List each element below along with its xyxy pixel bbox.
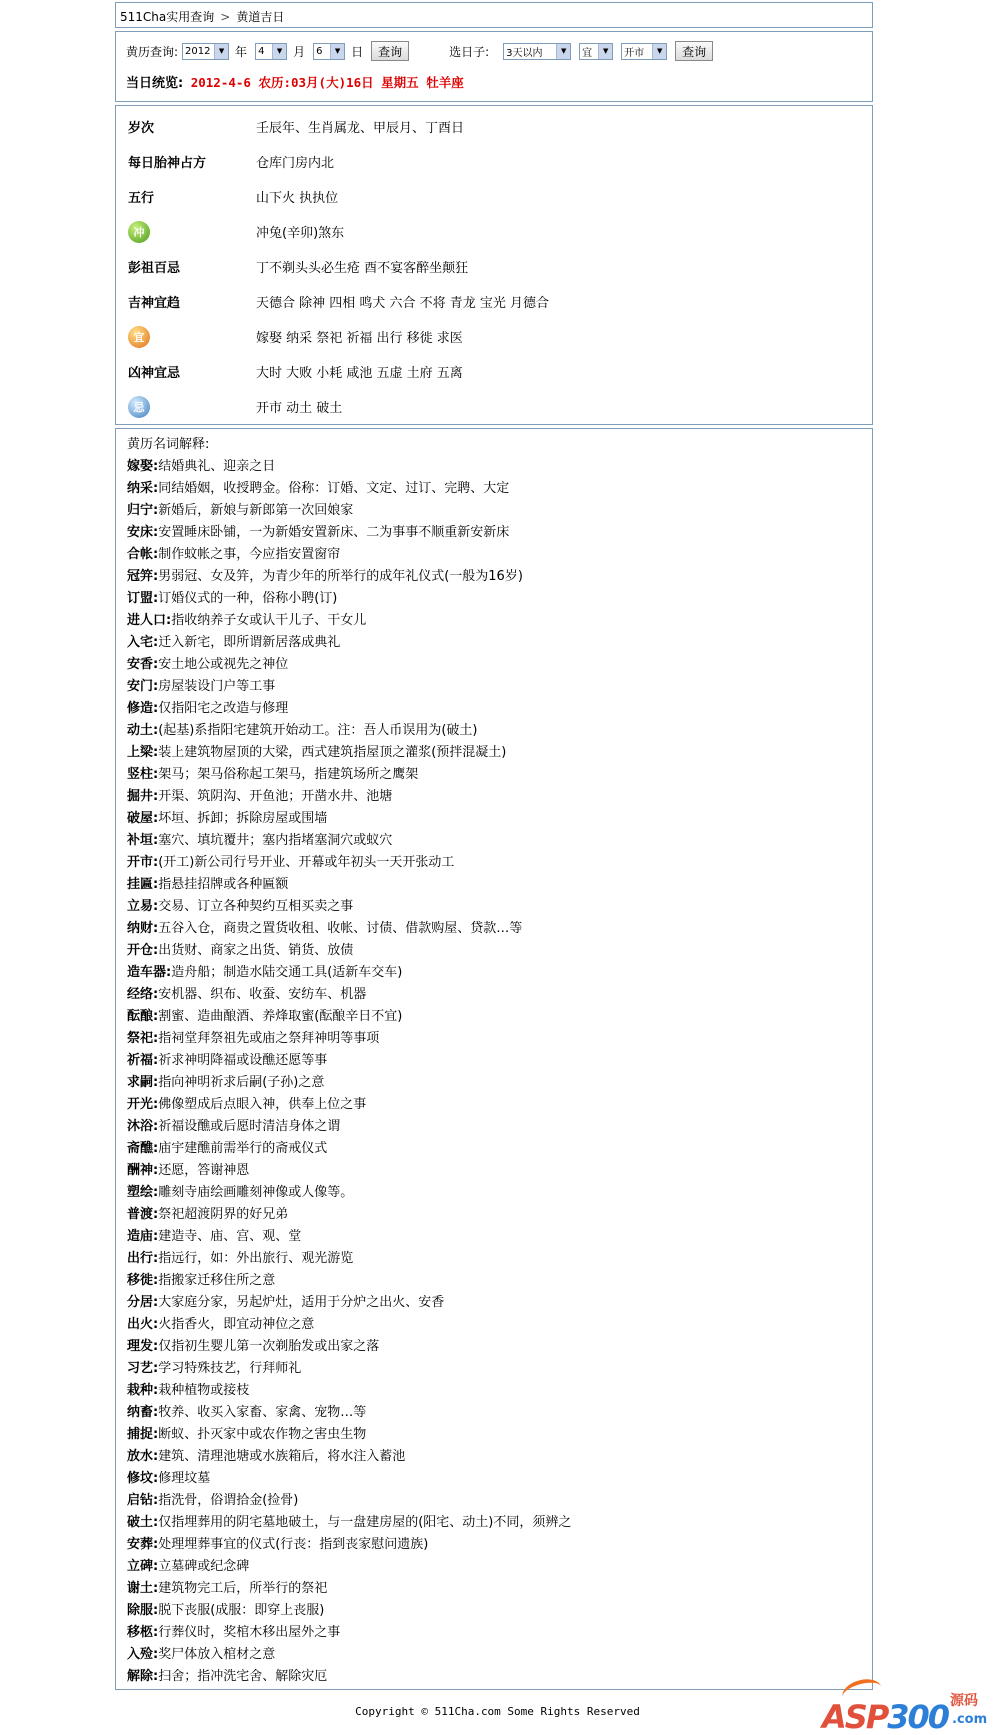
glossary-term: 捕捉:: [127, 1427, 158, 1442]
glossary-panel: 黄历名词解释: 嫁娶:结婚典礼、迎亲之日纳采:同结婚姻，收授聘金。俗称：订婚、文…: [115, 428, 873, 1690]
glossary-item: 破土:仅指埋葬用的阴宅墓地破土，与一盘建房屋的(阳宅、动土)不同，须辨之: [127, 1512, 861, 1534]
glossary-definition: 安土地公或视先之神位: [158, 657, 288, 672]
glossary-item: 习艺:学习特殊技艺，行拜师礼: [127, 1358, 861, 1380]
glossary-term: 修造:: [127, 701, 158, 716]
glossary-term: 解除:: [127, 1669, 158, 1684]
glossary-term: 经络:: [127, 987, 158, 1002]
info-key: 凶神宜忌: [128, 362, 256, 381]
month-unit: 月: [293, 43, 305, 60]
glossary-term: 谢土:: [127, 1581, 158, 1596]
glossary-item: 上梁:装上建筑物屋顶的大梁，西式建筑指屋顶之灌浆(预拌混凝土): [127, 742, 861, 764]
glossary-term: 开光:: [127, 1097, 158, 1112]
glossary-definition: 指远行，如：外出旅行、观光游览: [158, 1251, 353, 1266]
day-info-panel: 岁次壬辰年、生肖属龙、甲辰月、丁酉日 每日胎神占方仓库门房内北 五行山下火 执执…: [115, 105, 873, 425]
glossary-term: 习艺:: [127, 1361, 158, 1376]
glossary-definition: 新婚后，新娘与新郎第一次回娘家: [158, 503, 353, 518]
glossary-item: 除服:脱下丧服(成服：即穿上丧服): [127, 1600, 861, 1622]
chevron-down-icon: ▼: [272, 44, 286, 59]
glossary-term: 酝酿:: [127, 1009, 158, 1024]
range-value: 3天以内: [504, 44, 556, 59]
glossary-item: 造车器:造舟船；制造水陆交通工具(适新车交车): [127, 962, 861, 984]
glossary-definition: 指向神明祈求后嗣(子孙)之意: [158, 1075, 324, 1090]
year-unit: 年: [235, 43, 247, 60]
glossary-item: 出火:火指香火，即宜动神位之意: [127, 1314, 861, 1336]
glossary-definition: 开渠、筑阴沟、开鱼池；开凿水井、池塘: [158, 789, 392, 804]
info-value: 天德合 除神 四相 鸣犬 六合 不将 青龙 宝光 月德合: [256, 292, 549, 311]
yi-icon: 宜: [128, 326, 150, 348]
glossary-definition: 架马；架马俗称起工架马，指建筑场所之鹰架: [158, 767, 418, 782]
glossary-item: 进人口:指收纳养子女或认干儿子、干女儿: [127, 610, 861, 632]
yiji-value: 宜: [580, 44, 598, 59]
glossary-definition: (开工)新公司行号开业、开幕或年初头一天开张动工: [158, 855, 454, 870]
day-summary: 当日统览: 2012-4-6 农历:03月(大)16日 星期五 牡羊座: [126, 72, 862, 91]
day-unit: 日: [351, 43, 363, 60]
info-key: 冲: [128, 221, 256, 243]
info-row: 岁次壬辰年、生肖属龙、甲辰月、丁酉日: [128, 109, 860, 144]
glossary-definition: 房屋装设门户等工事: [158, 679, 275, 694]
glossary-item: 栽种:栽种植物或接枝: [127, 1380, 861, 1402]
info-key: 五行: [128, 187, 256, 206]
info-value: 山下火 执执位: [256, 187, 338, 206]
glossary-term: 放水:: [127, 1449, 158, 1464]
glossary-term: 入宅:: [127, 635, 158, 650]
glossary-definition: 雕刻寺庙绘画雕刻神像或人像等。: [158, 1185, 353, 1200]
glossary-item: 出行:指远行，如：外出旅行、观光游览: [127, 1248, 861, 1270]
info-row: 宜嫁娶 纳采 祭祀 祈福 出行 移徙 求医: [128, 319, 860, 354]
glossary-term: 出火:: [127, 1317, 158, 1332]
glossary-item: 移柩:行葬仪时，奖棺木移出屋外之事: [127, 1622, 861, 1644]
glossary-definition: 安置睡床卧铺，一为新婚安置新床、二为事事不顺重新安新床: [158, 525, 509, 540]
glossary-definition: 指悬挂招牌或各种匾额: [158, 877, 288, 892]
glossary-definition: 出货财、商家之出货、销货、放债: [158, 943, 353, 958]
almanac-query-label: 黄历查询:: [126, 43, 178, 60]
info-row: 凶神宜忌大时 大败 小耗 咸池 五虚 土府 五离: [128, 354, 860, 389]
glossary-item: 捕捉:断蚁、扑灭家中或农作物之害虫生物: [127, 1424, 861, 1446]
glossary-term: 纳财:: [127, 921, 158, 936]
glossary-term: 造庙:: [127, 1229, 158, 1244]
glossary-definition: 造舟船；制造水陆交通工具(适新车交车): [171, 965, 402, 980]
glossary-item: 安香:安土地公或视先之神位: [127, 654, 861, 676]
glossary-term: 破土:: [127, 1515, 158, 1530]
glossary-term: 纳采:: [127, 481, 158, 496]
glossary-definition: 装上建筑物屋顶的大梁，西式建筑指屋顶之灌浆(预拌混凝土): [158, 745, 506, 760]
info-value: 仓库门房内北: [256, 152, 334, 171]
info-row: 吉神宜趋天德合 除神 四相 鸣犬 六合 不将 青龙 宝光 月德合: [128, 284, 860, 319]
breadcrumb-separator: >: [220, 10, 230, 24]
glossary-term: 酬神:: [127, 1163, 158, 1178]
glossary-definition: 割蜜、造曲酿酒、养烽取蜜(酝酿辛日不宜): [158, 1009, 402, 1024]
glossary-item: 入宅:迁入新宅，即所谓新居落成典礼: [127, 632, 861, 654]
chevron-down-icon: ▼: [652, 44, 666, 59]
info-value: 壬辰年、生肖属龙、甲辰月、丁酉日: [256, 117, 464, 136]
pick-day-query-button[interactable]: 查询: [675, 41, 713, 61]
glossary-term: 动土:: [127, 723, 158, 738]
glossary-definition: 奖尸体放入棺材之意: [158, 1647, 275, 1662]
glossary-term: 祈福:: [127, 1053, 158, 1068]
glossary-definition: 牧养、收买入家畜、家禽、宠物…等: [158, 1405, 366, 1420]
month-value: 4: [256, 46, 272, 57]
glossary-definition: 建筑、清理池塘或水族箱后，将水注入蓄池: [158, 1449, 405, 1464]
chong-icon: 冲: [128, 221, 150, 243]
glossary-definition: 还愿，答谢神恩: [158, 1163, 249, 1178]
glossary-item: 入殓:奖尸体放入棺材之意: [127, 1644, 861, 1666]
glossary-item: 立易:交易、订立各种契约互相买卖之事: [127, 896, 861, 918]
glossary-definition: 佛像塑成后点眼入神，供奉上位之事: [158, 1097, 366, 1112]
glossary-item: 斋醮:庙宇建醮前需举行的斋戒仪式: [127, 1138, 861, 1160]
glossary-term: 安葬:: [127, 1537, 158, 1552]
glossary-term: 挂匾:: [127, 877, 158, 892]
glossary-item: 祈福:祈求神明降福或设醮还愿等事: [127, 1050, 861, 1072]
info-value: 嫁娶 纳采 祭祀 祈福 出行 移徙 求医: [256, 327, 463, 346]
glossary-item: 安门:房屋装设门户等工事: [127, 676, 861, 698]
glossary-definition: 祈求神明降福或设醮还愿等事: [158, 1053, 327, 1068]
glossary-term: 斋醮:: [127, 1141, 158, 1156]
glossary-definition: 火指香火，即宜动神位之意: [158, 1317, 314, 1332]
glossary-item: 酝酿:割蜜、造曲酿酒、养烽取蜜(酝酿辛日不宜): [127, 1006, 861, 1028]
glossary-term: 纳畜:: [127, 1405, 158, 1420]
glossary-term: 造车器:: [127, 965, 171, 980]
ji-icon: 忌: [128, 396, 150, 418]
info-value: 冲兔(辛卯)煞东: [256, 222, 344, 241]
glossary-definition: 指收纳养子女或认干儿子、干女儿: [171, 613, 366, 628]
glossary-definition: 庙宇建醮前需举行的斋戒仪式: [158, 1141, 327, 1156]
glossary-term: 出行:: [127, 1251, 158, 1266]
glossary-term: 除服:: [127, 1603, 158, 1618]
glossary-item: 谢土:建筑物完工后，所举行的祭祀: [127, 1578, 861, 1600]
asp300-watermark-logo: ASP300 源码 .com: [822, 1680, 992, 1735]
glossary-item: 挂匾:指悬挂招牌或各种匾额: [127, 874, 861, 896]
glossary-term: 立碑:: [127, 1559, 158, 1574]
glossary-definition: 建造寺、庙、宫、观、堂: [158, 1229, 301, 1244]
glossary-term: 移徙:: [127, 1273, 158, 1288]
query-button[interactable]: 查询: [371, 41, 409, 61]
glossary-item: 造庙:建造寺、庙、宫、观、堂: [127, 1226, 861, 1248]
year-value: 2012: [183, 46, 214, 57]
breadcrumb-site-link[interactable]: 511Cha实用查询: [120, 10, 214, 24]
event-select[interactable]: 开市▼: [621, 43, 667, 60]
glossary-term: 入殓:: [127, 1647, 158, 1662]
glossary-definition: 仅指初生婴儿第一次剃胎发或出家之落: [158, 1339, 379, 1354]
glossary-term: 竖柱:: [127, 767, 158, 782]
glossary-definition: 学习特殊技艺，行拜师礼: [158, 1361, 301, 1376]
glossary-term: 启钻:: [127, 1493, 158, 1508]
glossary-definition: 扫舍；指冲洗宅舍、解除灾厄: [158, 1669, 327, 1684]
glossary-item: 掘井:开渠、筑阴沟、开鱼池；开凿水井、池塘: [127, 786, 861, 808]
glossary-item: 经络:安机器、织布、收蚕、安纺车、机器: [127, 984, 861, 1006]
glossary-definition: (起基)系指阳宅建筑开始动工。注：吾人币误用为(破土): [158, 723, 477, 738]
info-row: 彭祖百忌丁不剃头头必生疮 酉不宴客醉坐颠狂: [128, 249, 860, 284]
summary-label: 当日统览:: [126, 76, 183, 91]
glossary-definition: 订婚仪式的一种，俗称小聘(订): [158, 591, 337, 606]
glossary-definition: 指洗骨，俗谓拾金(捡骨): [158, 1493, 298, 1508]
chevron-down-icon: ▼: [214, 44, 228, 59]
glossary-definition: 仅指埋葬用的阴宅墓地破土，与一盘建房屋的(阳宅、动土)不同，须辨之: [158, 1515, 571, 1530]
glossary-item: 冠笄:男弱冠、女及笄，为青少年的所举行的成年礼仪式(一般为16岁): [127, 566, 861, 588]
logo-300: 300: [887, 1698, 948, 1735]
glossary-item: 开光:佛像塑成后点眼入神，供奉上位之事: [127, 1094, 861, 1116]
glossary-definition: 仅指阳宅之改造与修理: [158, 701, 288, 716]
glossary-definition: 交易、订立各种契约互相买卖之事: [158, 899, 353, 914]
pick-day-label: 选日子:: [449, 43, 489, 60]
glossary-definition: 塞穴、填坑覆井；塞内指堵塞洞穴或蚁穴: [158, 833, 392, 848]
breadcrumb: 511Cha实用查询>黄道吉日: [115, 2, 873, 28]
glossary-item: 修造:仅指阳宅之改造与修理: [127, 698, 861, 720]
logo-text: ASP300: [822, 1698, 948, 1735]
info-row: 冲冲兔(辛卯)煞东: [128, 214, 860, 249]
glossary-term: 开仓:: [127, 943, 158, 958]
glossary-item: 求嗣:指向神明祈求后嗣(子孙)之意: [127, 1072, 861, 1094]
info-row: 五行山下火 执执位: [128, 179, 860, 214]
glossary-term: 嫁娶:: [127, 459, 158, 474]
query-panel: 黄历查询: 2012▼ 年 4▼ 月 6▼ 日 查询 选日子: 3天以内▼ 宜▼…: [115, 31, 873, 102]
glossary-definition: 祈福设醮或后愿时清洁身体之谓: [158, 1119, 340, 1134]
glossary-definition: 祭祀超渡阴界的好兄弟: [158, 1207, 288, 1222]
logo-yuanma: 源码: [950, 1690, 978, 1710]
glossary-item: 破屋:坏垣、拆卸；拆除房屋或围墙: [127, 808, 861, 830]
logo-com: .com: [952, 1712, 987, 1727]
glossary-term: 合帐:: [127, 547, 158, 562]
glossary-definition: 脱下丧服(成服：即穿上丧服): [158, 1603, 324, 1618]
glossary-item: 纳畜:牧养、收买入家畜、家禽、宠物…等: [127, 1402, 861, 1424]
glossary-item: 理发:仅指初生婴儿第一次剃胎发或出家之落: [127, 1336, 861, 1358]
info-key: 忌: [128, 396, 256, 418]
glossary-item: 解除:扫舍；指冲洗宅舍、解除灾厄: [127, 1666, 861, 1688]
glossary-term: 订盟:: [127, 591, 158, 606]
glossary-item: 分居:大家庭分家，另起炉灶，适用于分炉之出火、安香: [127, 1292, 861, 1314]
glossary-term: 安床:: [127, 525, 158, 540]
glossary-term: 理发:: [127, 1339, 158, 1354]
glossary-term: 开市:: [127, 855, 158, 870]
glossary-item: 竖柱:架马；架马俗称起工架马，指建筑场所之鹰架: [127, 764, 861, 786]
glossary-item: 酬神:还愿，答谢神恩: [127, 1160, 861, 1182]
glossary-definition: 五谷入仓，商贵之置货收租、收帐、讨债、借款购屋、贷款…等: [158, 921, 522, 936]
yiji-select[interactable]: 宜▼: [579, 43, 613, 60]
glossary-item: 立碑:立墓碑或纪念碑: [127, 1556, 861, 1578]
info-value: 开市 动土 破土: [256, 397, 342, 416]
glossary-term: 安香:: [127, 657, 158, 672]
glossary-term: 破屋:: [127, 811, 158, 826]
glossary-item: 归宁:新婚后，新娘与新郎第一次回娘家: [127, 500, 861, 522]
glossary-definition: 坏垣、拆卸；拆除房屋或围墙: [158, 811, 327, 826]
glossary-definition: 立墓碑或纪念碑: [158, 1559, 249, 1574]
glossary-definition: 指祠堂拜祭祖先或庙之祭拜神明等事项: [158, 1031, 379, 1046]
glossary-term: 塑绘:: [127, 1185, 158, 1200]
glossary-item: 补垣:塞穴、填坑覆井；塞内指堵塞洞穴或蚁穴: [127, 830, 861, 852]
glossary-definition: 制作蚊帐之事，今应指安置窗帘: [158, 547, 340, 562]
glossary-title: 黄历名词解释:: [127, 434, 861, 456]
glossary-term: 冠笄:: [127, 569, 158, 584]
glossary-definition: 行葬仪时，奖棺木移出屋外之事: [158, 1625, 340, 1640]
glossary-definition: 建筑物完工后，所举行的祭祀: [158, 1581, 327, 1596]
glossary-item: 启钻:指洗骨，俗谓拾金(捡骨): [127, 1490, 861, 1512]
glossary-list: 嫁娶:结婚典礼、迎亲之日纳采:同结婚姻，收授聘金。俗称：订婚、文定、过订、完聘、…: [127, 456, 861, 1688]
glossary-definition: 修理坟墓: [158, 1471, 210, 1486]
year-select[interactable]: 2012▼: [182, 43, 229, 60]
info-row: 忌开市 动土 破土: [128, 389, 860, 424]
glossary-item: 动土:(起基)系指阳宅建筑开始动工。注：吾人币误用为(破土): [127, 720, 861, 742]
glossary-definition: 栽种植物或接枝: [158, 1383, 249, 1398]
event-value: 开市: [622, 44, 652, 59]
glossary-term: 上梁:: [127, 745, 158, 760]
glossary-item: 安葬:处理埋葬事宜的仪式(行丧：指到丧家慰问遗族): [127, 1534, 861, 1556]
chevron-down-icon: ▼: [556, 44, 570, 59]
info-key: 每日胎神占方: [128, 152, 256, 171]
glossary-term: 普渡:: [127, 1207, 158, 1222]
query-row: 黄历查询: 2012▼ 年 4▼ 月 6▼ 日 查询 选日子: 3天以内▼ 宜▼…: [126, 40, 862, 62]
glossary-definition: 迁入新宅，即所谓新居落成典礼: [158, 635, 340, 650]
glossary-definition: 安机器、织布、收蚕、安纺车、机器: [158, 987, 366, 1002]
glossary-item: 修坟:修理坟墓: [127, 1468, 861, 1490]
glossary-term: 立易:: [127, 899, 158, 914]
glossary-item: 开仓:出货财、商家之出货、销货、放债: [127, 940, 861, 962]
glossary-term: 补垣:: [127, 833, 158, 848]
breadcrumb-current: 黄道吉日: [236, 10, 284, 24]
info-value: 丁不剃头头必生疮 酉不宴客醉坐颠狂: [256, 257, 468, 276]
glossary-item: 移徙:指搬家迁移住所之意: [127, 1270, 861, 1292]
glossary-item: 放水:建筑、清理池塘或水族箱后，将水注入蓄池: [127, 1446, 861, 1468]
day-select[interactable]: 6▼: [313, 43, 345, 60]
glossary-term: 移柩:: [127, 1625, 158, 1640]
glossary-term: 沐浴:: [127, 1119, 158, 1134]
glossary-item: 普渡:祭祀超渡阴界的好兄弟: [127, 1204, 861, 1226]
glossary-definition: 处理埋葬事宜的仪式(行丧：指到丧家慰问遗族): [158, 1537, 428, 1552]
glossary-item: 嫁娶:结婚典礼、迎亲之日: [127, 456, 861, 478]
glossary-item: 合帐:制作蚊帐之事，今应指安置窗帘: [127, 544, 861, 566]
chevron-down-icon: ▼: [598, 44, 612, 59]
glossary-item: 纳财:五谷入仓，商贵之置货收租、收帐、讨债、借款购屋、贷款…等: [127, 918, 861, 940]
glossary-item: 订盟:订婚仪式的一种，俗称小聘(订): [127, 588, 861, 610]
day-value: 6: [314, 46, 330, 57]
info-row: 每日胎神占方仓库门房内北: [128, 144, 860, 179]
glossary-definition: 大家庭分家，另起炉灶，适用于分炉之出火、安香: [158, 1295, 444, 1310]
chevron-down-icon: ▼: [330, 44, 344, 59]
info-key: 宜: [128, 326, 256, 348]
glossary-item: 塑绘:雕刻寺庙绘画雕刻神像或人像等。: [127, 1182, 861, 1204]
glossary-term: 栽种:: [127, 1383, 158, 1398]
range-select[interactable]: 3天以内▼: [503, 43, 571, 60]
glossary-definition: 指搬家迁移住所之意: [158, 1273, 275, 1288]
logo-asp: ASP: [822, 1698, 887, 1735]
summary-value: 2012-4-6 农历:03月(大)16日 星期五 牡羊座: [191, 75, 464, 90]
info-key: 彭祖百忌: [128, 257, 256, 276]
glossary-definition: 结婚典礼、迎亲之日: [158, 459, 275, 474]
glossary-term: 祭祀:: [127, 1031, 158, 1046]
glossary-term: 掘井:: [127, 789, 158, 804]
month-select[interactable]: 4▼: [255, 43, 287, 60]
glossary-item: 安床:安置睡床卧铺，一为新婚安置新床、二为事事不顺重新安新床: [127, 522, 861, 544]
glossary-definition: 断蚁、扑灭家中或农作物之害虫生物: [158, 1427, 366, 1442]
info-value: 大时 大败 小耗 咸池 五虚 土府 五离: [256, 362, 463, 381]
glossary-term: 归宁:: [127, 503, 158, 518]
glossary-item: 祭祀:指祠堂拜祭祖先或庙之祭拜神明等事项: [127, 1028, 861, 1050]
glossary-term: 安门:: [127, 679, 158, 694]
glossary-term: 求嗣:: [127, 1075, 158, 1090]
glossary-item: 沐浴:祈福设醮或后愿时清洁身体之谓: [127, 1116, 861, 1138]
glossary-term: 进人口:: [127, 613, 171, 628]
info-key: 岁次: [128, 117, 256, 136]
glossary-definition: 男弱冠、女及笄，为青少年的所举行的成年礼仪式(一般为16岁): [158, 569, 523, 584]
glossary-item: 纳采:同结婚姻，收授聘金。俗称：订婚、文定、过订、完聘、大定: [127, 478, 861, 500]
glossary-term: 分居:: [127, 1295, 158, 1310]
glossary-definition: 同结婚姻，收授聘金。俗称：订婚、文定、过订、完聘、大定: [158, 481, 509, 496]
glossary-term: 修坟:: [127, 1471, 158, 1486]
glossary-item: 开市:(开工)新公司行号开业、开幕或年初头一天开张动工: [127, 852, 861, 874]
info-key: 吉神宜趋: [128, 292, 256, 311]
